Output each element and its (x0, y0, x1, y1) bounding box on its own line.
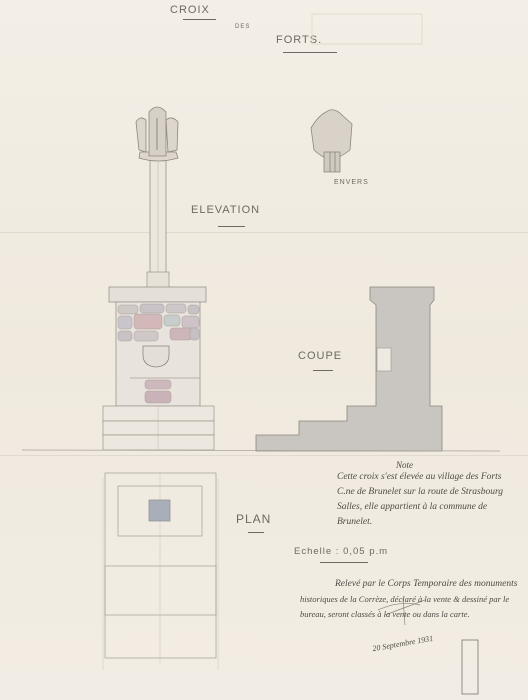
label-underline (218, 226, 245, 227)
label-scale: Echelle : 0,05 p.m (294, 546, 388, 557)
erased-lettering (312, 14, 422, 44)
section-coupe (256, 287, 442, 451)
survey-line: Relevé par le Corps Temporaire des monum… (335, 577, 517, 592)
label-plan: PLAN (236, 512, 271, 526)
envers-head (311, 110, 352, 172)
plan-view (103, 473, 218, 670)
crucifix-capital (136, 107, 178, 161)
label-envers: ENVERS (334, 179, 369, 186)
note-line: Brunelet. (337, 515, 372, 530)
note-line: Cette croix s'est élevée au village des … (337, 470, 501, 485)
note-line: C.ne de Brunelet sur la route de Strasbo… (337, 485, 503, 500)
survey-line: bureau, seront classés à la vente ou dan… (300, 607, 470, 622)
drawing-sheet: CROIX DES FORTS. (0, 0, 528, 700)
label-underline (248, 532, 264, 533)
label-coupe: COUPE (298, 350, 342, 362)
pedestal-elevation (103, 287, 214, 450)
label-underline (320, 562, 368, 563)
label-elevation: ELEVATION (191, 204, 260, 216)
label-underline (313, 370, 333, 371)
cross-shaft (147, 160, 169, 288)
stamp-box (462, 640, 478, 694)
note-line: Salles, elle appartient à la commune de (337, 500, 487, 515)
survey-line: historiques de la Corrèze, déclaré à la … (300, 592, 509, 607)
